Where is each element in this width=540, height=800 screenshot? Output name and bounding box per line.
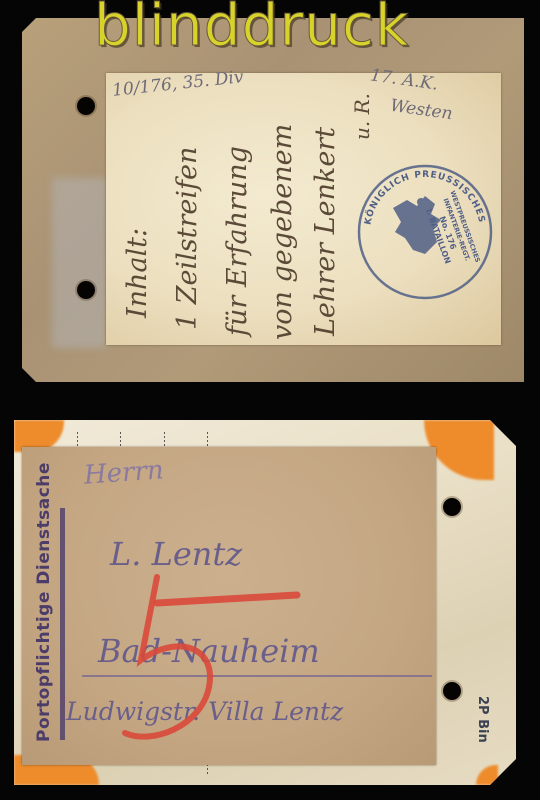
regimental-stamp: KÖNIGLICH PREUSSISCHES WESTPREUSSISCHES … bbox=[355, 162, 495, 302]
vertical-stamp-text: Portopflichtige Dienstsache bbox=[34, 462, 54, 742]
watermark-text: blinddruck bbox=[94, 0, 410, 54]
handwriting-line: Inhalt: bbox=[122, 228, 153, 318]
orange-corner bbox=[476, 765, 498, 785]
tag-hole bbox=[443, 682, 461, 700]
tag-hole bbox=[443, 498, 461, 516]
handwriting-line: für Erfahrung bbox=[222, 146, 253, 336]
red-crayon-mark: 5 bbox=[105, 565, 315, 750]
handwriting-line: u. R. bbox=[350, 93, 374, 140]
red-mark-value: 5 bbox=[105, 565, 106, 566]
handwriting-line: Lehrer Lenkert bbox=[310, 127, 341, 336]
handwriting-line: von gegebenem bbox=[267, 124, 298, 340]
tag-hole bbox=[77, 281, 95, 299]
address-line: Herrn bbox=[83, 455, 165, 490]
handwriting-line: 1 Zeilstreifen bbox=[172, 147, 203, 330]
stain bbox=[52, 178, 107, 348]
stamp-rule bbox=[60, 508, 65, 740]
tag-hole bbox=[77, 97, 95, 115]
printed-code: 2P Bin bbox=[475, 696, 490, 743]
